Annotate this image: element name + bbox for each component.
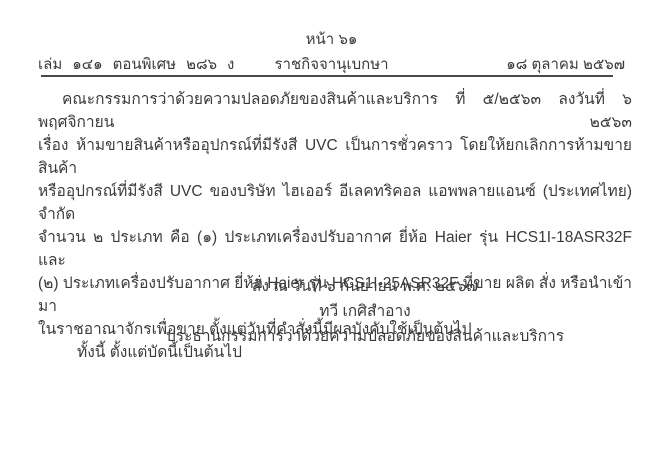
- volume-number: ๑๔๑: [72, 52, 102, 76]
- issue-label: ตอนพิเศษ: [113, 52, 176, 76]
- order-issued-date-line: สั่ง ณ วันที่ ๖ กันยายน พ.ศ. ๒๕๖๗: [105, 274, 625, 299]
- gazette-title: ราชกิจจานุเบกษา: [274, 52, 388, 76]
- issue-number: ๒๘๖: [186, 52, 217, 76]
- body-line-1: คณะกรรมการว่าด้วยความปลอดภัยของสินค้าและ…: [38, 88, 632, 134]
- body-line-2: เรื่อง ห้ามขายสินค้าหรืออุปกรณ์ที่มีรังส…: [38, 134, 632, 180]
- gazette-date: ๑๘ ตุลาคม ๒๕๖๗: [506, 52, 625, 76]
- header-divider-rule: [41, 75, 613, 77]
- page-number-label: หน้า ๖๑: [38, 27, 625, 51]
- signer-name: ทวี เกศิสำอาง: [105, 299, 625, 324]
- signer-title: ประธานกรรมการว่าด้วยความปลอดภัยของสินค้า…: [105, 324, 625, 349]
- volume-issue-group: เล่ม ๑๔๑ ตอนพิเศษ ๒๘๖ ง: [38, 52, 234, 76]
- signature-block: สั่ง ณ วันที่ ๖ กันยายน พ.ศ. ๒๕๖๗ ทวี เก…: [105, 274, 625, 349]
- gazette-document-page: หน้า ๖๑ เล่ม ๑๔๑ ตอนพิเศษ ๒๘๖ ง ราชกิจจา…: [0, 0, 670, 468]
- body-line-4: จำนวน ๒ ประเภท คือ (๑) ประเภทเครื่องปรับ…: [38, 226, 632, 272]
- volume-label: เล่ม: [38, 52, 62, 76]
- gazette-header-row: เล่ม ๑๔๑ ตอนพิเศษ ๒๘๖ ง ราชกิจจานุเบกษา …: [38, 52, 625, 76]
- body-line-3: หรืออุปกรณ์ที่มีรังสี UVC ของบริษัท ไฮเอ…: [38, 180, 632, 226]
- section-letter: ง: [227, 52, 234, 76]
